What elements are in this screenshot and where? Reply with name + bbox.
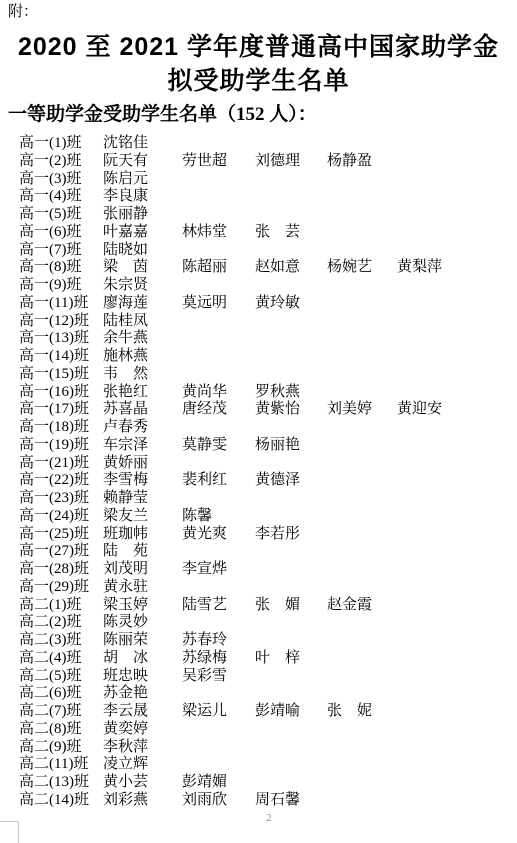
empty-name-cell [327,366,397,384]
empty-name-cell [397,579,459,597]
empty-name-cell [397,242,459,260]
student-name: 阮天有 [103,153,182,171]
attachment-label: 附： [8,3,38,21]
class-label: 高一(21)班 [19,455,103,473]
student-name: 赖静莹 [103,490,182,508]
empty-name-cell [397,543,459,561]
empty-name-cell [327,792,397,810]
student-name: 刘美婷 [327,401,397,419]
empty-name-cell [182,242,255,260]
empty-name-cell [397,668,459,686]
roster-row: 高一(2)班阮天有劳世超刘德理杨静盈 [0,153,517,171]
document-title: 2020 至 2021 学年度普通高中国家助学金 拟受助学生名单 [0,30,517,98]
empty-name-cell [327,206,397,224]
student-name: 李云晟 [103,703,182,721]
empty-name-cell [255,171,327,189]
student-name: 苏金艳 [103,685,182,703]
student-name: 陈馨 [182,508,255,526]
empty-name-cell [255,455,327,473]
roster-row: 高一(13)班余牛燕 [0,330,517,348]
empty-name-cell [255,685,327,703]
student-name: 班珈帏 [103,526,182,544]
student-name: 施林燕 [103,348,182,366]
empty-name-cell [397,295,459,313]
page-number: 2 [266,812,272,825]
empty-name-cell [397,135,459,153]
student-name: 苏春玲 [182,632,255,650]
empty-name-cell [397,224,459,242]
class-label: 高二(6)班 [19,685,103,703]
roster-row: 高一(1)班沈铭佳 [0,135,517,153]
student-name: 李秋萍 [103,739,182,757]
empty-name-cell [182,455,255,473]
student-name: 李宣烨 [182,561,255,579]
roster-row: 高二(11)班凌立辉 [0,756,517,774]
empty-name-cell [327,188,397,206]
class-label: 高一(16)班 [19,384,103,402]
empty-name-cell [327,242,397,260]
roster-row: 高一(24)班梁友兰陈馨 [0,508,517,526]
roster-row: 高二(1)班梁玉婷陆雪艺张 媚赵金霞 [0,597,517,615]
empty-name-cell [327,277,397,295]
student-name: 莫远明 [182,295,255,313]
student-name: 刘德理 [255,153,327,171]
class-label: 高一(13)班 [19,330,103,348]
empty-name-cell [255,721,327,739]
student-name: 苏绿梅 [182,650,255,668]
empty-name-cell [182,366,255,384]
class-label: 高一(18)班 [19,419,103,437]
student-name: 陈灵妙 [103,614,182,632]
roster-row: 高一(23)班赖静莹 [0,490,517,508]
class-label: 高一(9)班 [19,277,103,295]
student-name: 罗秋燕 [255,384,327,402]
student-name: 赵金霞 [327,597,397,615]
empty-name-cell [397,419,459,437]
empty-name-cell [255,614,327,632]
empty-name-cell [397,739,459,757]
class-label: 高一(12)班 [19,313,103,331]
student-name: 陆 苑 [103,543,182,561]
empty-name-cell [182,135,255,153]
empty-name-cell [397,703,459,721]
student-name: 陆晓如 [103,242,182,260]
empty-name-cell [327,313,397,331]
empty-name-cell [255,277,327,295]
student-name: 杨静盈 [327,153,397,171]
student-name: 班忠映 [103,668,182,686]
student-name: 黄梨萍 [397,259,459,277]
empty-name-cell [327,526,397,544]
class-label: 高二(7)班 [19,703,103,721]
section-heading: 一等助学金受助学生名单（152 人）： [8,103,317,127]
student-name: 梁玉婷 [103,597,182,615]
empty-name-cell [255,668,327,686]
class-label: 高一(1)班 [19,135,103,153]
empty-name-cell [327,224,397,242]
student-name: 黄玲敏 [255,295,327,313]
roster-row: 高一(7)班陆晓如 [0,242,517,260]
student-name: 张 芸 [255,224,327,242]
empty-name-cell [397,614,459,632]
student-name: 陈超丽 [182,259,255,277]
roster-table: 高一(1)班沈铭佳高一(2)班阮天有劳世超刘德理杨静盈高一(3)班陈启元高一(4… [0,135,517,810]
empty-name-cell [397,774,459,792]
empty-name-cell [327,437,397,455]
empty-name-cell [182,739,255,757]
empty-name-cell [397,188,459,206]
student-name: 梁运儿 [182,703,255,721]
class-label: 高二(8)班 [19,721,103,739]
student-name: 杨婉艺 [327,259,397,277]
empty-name-cell [182,330,255,348]
class-label: 高二(3)班 [19,632,103,650]
empty-name-cell [255,739,327,757]
student-name: 陆桂凤 [103,313,182,331]
student-name: 凌立辉 [103,756,182,774]
student-name: 韦 然 [103,366,182,384]
roster-row: 高二(9)班李秋萍 [0,739,517,757]
roster-row: 高一(21)班黄娇丽 [0,455,517,473]
roster-row: 高一(8)班梁 茵陈超丽赵如意杨婉艺黄梨萍 [0,259,517,277]
empty-name-cell [397,277,459,295]
roster-row: 高一(22)班李雪梅裴利红黄德泽 [0,472,517,490]
empty-name-cell [397,685,459,703]
empty-name-cell [255,490,327,508]
student-name: 陈丽荣 [103,632,182,650]
class-label: 高一(5)班 [19,206,103,224]
roster-row: 高一(27)班陆 苑 [0,543,517,561]
empty-name-cell [327,561,397,579]
roster-row: 高二(3)班陈丽荣苏春玲 [0,632,517,650]
student-name: 梁友兰 [103,508,182,526]
empty-name-cell [327,472,397,490]
empty-name-cell [327,685,397,703]
student-name: 黄奕婷 [103,721,182,739]
empty-name-cell [327,579,397,597]
empty-name-cell [182,490,255,508]
empty-name-cell [255,774,327,792]
class-label: 高一(15)班 [19,366,103,384]
empty-name-cell [182,756,255,774]
student-name: 陈启元 [103,171,182,189]
empty-name-cell [182,348,255,366]
empty-name-cell [327,455,397,473]
document-title-line2: 拟受助学生名单 [0,64,517,98]
class-label: 高一(7)班 [19,242,103,260]
class-label: 高二(4)班 [19,650,103,668]
empty-name-cell [397,792,459,810]
class-label: 高一(8)班 [19,259,103,277]
document-page: 附： 2020 至 2021 学年度普通高中国家助学金 拟受助学生名单 一等助学… [0,0,517,843]
roster-row: 高一(17)班苏喜晶唐经茂黄紫怡刘美婷黄迎安 [0,401,517,419]
student-name: 黄娇丽 [103,455,182,473]
empty-name-cell [327,632,397,650]
student-name: 林炜堂 [182,224,255,242]
empty-name-cell [182,277,255,295]
class-label: 高一(24)班 [19,508,103,526]
student-name: 沈铭佳 [103,135,182,153]
class-label: 高二(14)班 [19,792,103,810]
roster-row: 高一(4)班李良康 [0,188,517,206]
roster-row: 高一(15)班韦 然 [0,366,517,384]
student-name: 劳世超 [182,153,255,171]
student-name: 彭靖媚 [182,774,255,792]
class-label: 高二(13)班 [19,774,103,792]
empty-name-cell [327,171,397,189]
empty-name-cell [255,419,327,437]
class-label: 高一(27)班 [19,543,103,561]
empty-name-cell [327,490,397,508]
class-label: 高一(22)班 [19,472,103,490]
empty-name-cell [255,135,327,153]
roster-row: 高一(9)班朱宗贤 [0,277,517,295]
roster-row: 高一(11)班廖海莲莫远明黄玲敏 [0,295,517,313]
empty-name-cell [182,188,255,206]
student-name: 叶嘉嘉 [103,224,182,242]
student-name: 刘茂明 [103,561,182,579]
empty-name-cell [255,632,327,650]
class-label: 高一(28)班 [19,561,103,579]
empty-name-cell [182,685,255,703]
empty-name-cell [397,366,459,384]
empty-name-cell [255,242,327,260]
roster-row: 高一(29)班黄永驻 [0,579,517,597]
empty-name-cell [397,313,459,331]
empty-name-cell [327,650,397,668]
student-name: 张 媚 [255,597,327,615]
roster-row: 高一(16)班张艳红黄尚华罗秋燕 [0,384,517,402]
roster-row: 高一(5)班张丽静 [0,206,517,224]
roster-row: 高一(14)班施林燕 [0,348,517,366]
empty-name-cell [327,543,397,561]
empty-name-cell [397,153,459,171]
empty-name-cell [397,330,459,348]
class-label: 高一(23)班 [19,490,103,508]
roster-row: 高二(13)班黄小芸彭靖媚 [0,774,517,792]
student-name: 黄迎安 [397,401,459,419]
student-name: 卢春秀 [103,419,182,437]
empty-name-cell [327,739,397,757]
student-name: 黄永驻 [103,579,182,597]
empty-name-cell [397,756,459,774]
empty-name-cell [327,295,397,313]
student-name: 张 妮 [327,703,397,721]
roster-row: 高二(4)班胡 冰苏绿梅叶 梓 [0,650,517,668]
empty-name-cell [397,650,459,668]
empty-name-cell [327,508,397,526]
empty-name-cell [255,756,327,774]
roster-row: 高一(12)班陆桂凤 [0,313,517,331]
student-name: 梁 茵 [103,259,182,277]
student-name: 裴利红 [182,472,255,490]
student-name: 廖海莲 [103,295,182,313]
empty-name-cell [182,419,255,437]
empty-name-cell [397,721,459,739]
empty-name-cell [327,668,397,686]
class-label: 高一(3)班 [19,171,103,189]
empty-name-cell [182,614,255,632]
student-name: 李雪梅 [103,472,182,490]
roster-row: 高二(2)班陈灵妙 [0,614,517,632]
class-label: 高二(1)班 [19,597,103,615]
class-label: 高一(11)班 [19,295,103,313]
empty-name-cell [255,188,327,206]
empty-name-cell [397,171,459,189]
student-name: 朱宗贤 [103,277,182,295]
class-label: 高二(11)班 [19,756,103,774]
class-label: 高一(14)班 [19,348,103,366]
empty-name-cell [397,632,459,650]
student-name: 张丽静 [103,206,182,224]
empty-name-cell [327,774,397,792]
roster-row: 高二(6)班苏金艳 [0,685,517,703]
student-name: 黄尚华 [182,384,255,402]
empty-name-cell [327,756,397,774]
empty-name-cell [397,597,459,615]
empty-name-cell [397,455,459,473]
empty-name-cell [255,543,327,561]
empty-name-cell [255,348,327,366]
empty-name-cell [255,508,327,526]
roster-row: 高二(7)班李云晟梁运儿彭靖喻张 妮 [0,703,517,721]
empty-name-cell [327,614,397,632]
empty-name-cell [255,579,327,597]
student-name: 车宗泽 [103,437,182,455]
student-name: 刘彩燕 [103,792,182,810]
empty-name-cell [327,384,397,402]
empty-name-cell [182,171,255,189]
student-name: 黄紫怡 [255,401,327,419]
empty-name-cell [397,348,459,366]
student-name: 苏喜晶 [103,401,182,419]
empty-name-cell [255,206,327,224]
student-name: 陆雪艺 [182,597,255,615]
class-label: 高一(19)班 [19,437,103,455]
student-name: 叶 梓 [255,650,327,668]
class-label: 高二(9)班 [19,739,103,757]
empty-name-cell [255,561,327,579]
student-name: 刘雨欣 [182,792,255,810]
student-name: 莫静雯 [182,437,255,455]
empty-name-cell [255,330,327,348]
frame-corner-decoration [0,821,19,843]
roster-row: 高一(25)班班珈帏黄光爽李若彤 [0,526,517,544]
empty-name-cell [182,313,255,331]
student-name: 李良康 [103,188,182,206]
empty-name-cell [327,348,397,366]
student-name: 彭靖喻 [255,703,327,721]
empty-name-cell [327,419,397,437]
student-name: 黄德泽 [255,472,327,490]
class-label: 高二(2)班 [19,614,103,632]
empty-name-cell [182,206,255,224]
empty-name-cell [397,526,459,544]
empty-name-cell [255,313,327,331]
student-name: 张艳红 [103,384,182,402]
class-label: 高一(25)班 [19,526,103,544]
empty-name-cell [182,543,255,561]
roster-row: 高二(8)班黄奕婷 [0,721,517,739]
roster-row: 高一(28)班刘茂明李宣烨 [0,561,517,579]
student-name: 杨丽艳 [255,437,327,455]
class-label: 高一(17)班 [19,401,103,419]
student-name: 黄光爽 [182,526,255,544]
empty-name-cell [327,135,397,153]
student-name: 吴彩雪 [182,668,255,686]
student-name: 胡 冰 [103,650,182,668]
empty-name-cell [397,206,459,224]
class-label: 高一(6)班 [19,224,103,242]
student-name: 余牛燕 [103,330,182,348]
student-name: 赵如意 [255,259,327,277]
roster-row: 高二(14)班刘彩燕刘雨欣周石馨 [0,792,517,810]
roster-row: 高二(5)班班忠映吴彩雪 [0,668,517,686]
roster-row: 高一(3)班陈启元 [0,171,517,189]
student-name: 黄小芸 [103,774,182,792]
class-label: 高二(5)班 [19,668,103,686]
class-label: 高一(29)班 [19,579,103,597]
empty-name-cell [397,561,459,579]
empty-name-cell [327,330,397,348]
student-name: 李若彤 [255,526,327,544]
empty-name-cell [397,384,459,402]
empty-name-cell [327,721,397,739]
class-label: 高一(2)班 [19,153,103,171]
empty-name-cell [182,579,255,597]
student-name: 周石馨 [255,792,327,810]
roster-row: 高一(6)班叶嘉嘉林炜堂张 芸 [0,224,517,242]
roster-row: 高一(18)班卢春秀 [0,419,517,437]
empty-name-cell [397,490,459,508]
empty-name-cell [182,721,255,739]
class-label: 高一(4)班 [19,188,103,206]
empty-name-cell [397,437,459,455]
empty-name-cell [397,508,459,526]
roster-row: 高一(19)班车宗泽莫静雯杨丽艳 [0,437,517,455]
student-name: 唐经茂 [182,401,255,419]
empty-name-cell [397,472,459,490]
empty-name-cell [255,366,327,384]
document-title-line1: 2020 至 2021 学年度普通高中国家助学金 [0,30,517,64]
